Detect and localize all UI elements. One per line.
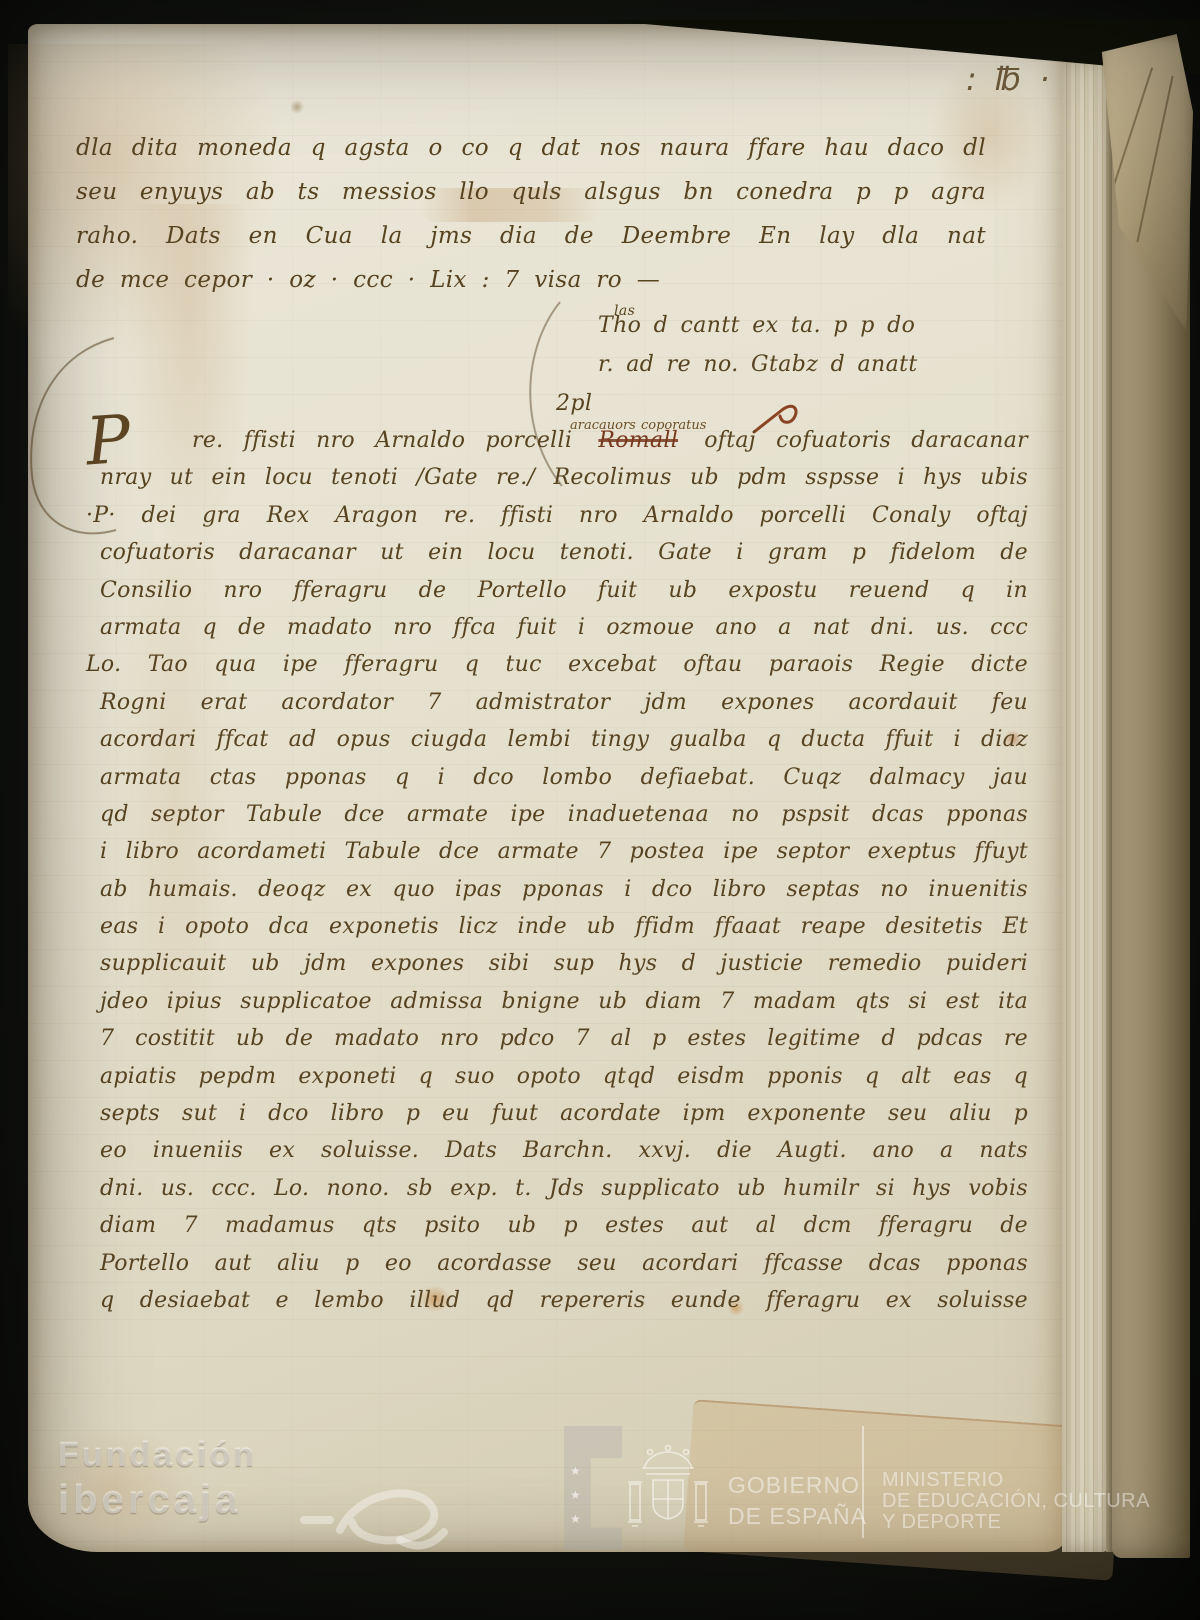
star-icon: ★ <box>570 1512 581 1526</box>
star-icon: ★ <box>570 1488 581 1502</box>
gobierno-watermark: ★ ★ ★ GOBIERNO DE ESPAÑA MINIST <box>556 1420 1196 1560</box>
manuscript-line: seu enyuys ab ts messios llo quls alsgus… <box>76 170 986 214</box>
manuscript-line: raho. Dats en Cua la jms dia de Deembre … <box>76 214 986 258</box>
manuscript-line: armata ctas pponas q i dco lombo defiaeb… <box>100 759 1028 796</box>
photograph-background: : ℔ · dla dita moneda q agsta o co q dat… <box>0 0 1200 1620</box>
manuscript-line: acordari ffcat ad opus ciugda lembi ting… <box>100 721 1028 758</box>
manuscript-line: Consilio nro fferagru de Portello fuit u… <box>100 572 1028 609</box>
manuscript-line: ·P· dei gra Rex Aragon re. ffisti nro Ar… <box>86 497 1028 534</box>
gobierno-line: GOBIERNO <box>728 1470 867 1501</box>
manuscript-line: armata q de madato nro ffca fuit i ozmou… <box>100 609 1028 646</box>
line-text: re. ffisti nro Arnaldo porcelli <box>192 428 572 453</box>
manuscript-page: : ℔ · dla dita moneda q agsta o co q dat… <box>28 24 1066 1552</box>
manuscript-line: Rogni erat acordator 7 admistrator jdm e… <box>100 684 1028 721</box>
superscript-abbreviation: las <box>614 292 635 331</box>
watermark-divider <box>862 1426 864 1538</box>
gobierno-line: DE ESPAÑA <box>728 1501 867 1532</box>
manuscript-line: re. ffisti nro Arnaldo porcelli Romall o… <box>100 422 1028 459</box>
manuscript-line: dni. us. ccc. Lo. nono. sb exp. t. Jds s… <box>100 1170 1028 1207</box>
manuscript-line: i libro acordameti Tabule dce armate 7 p… <box>100 833 1028 870</box>
interlinear-insertion: aracauors coporatus <box>570 407 706 444</box>
manuscript-line: jdeo ipius supplicatoe admissa bnigne ub… <box>100 983 1028 1020</box>
manuscript-line: supplicauit ub jdm expones sibi sup hys … <box>100 945 1028 982</box>
manuscript-line: r. ad re no. Gtabz d anatt <box>556 345 996 384</box>
folio-number: : ℔ · <box>966 60 1053 98</box>
manuscript-line: dla dita moneda q agsta o co q dat nos n… <box>76 126 986 170</box>
manuscript-line: apiatis pepdm exponeti q suo opoto qtqd … <box>100 1058 1028 1095</box>
manuscript-line: diam 7 madamus qts psito ub p estes aut … <box>100 1207 1028 1244</box>
manuscript-line: Portello aut aliu p eo acordasse seu aco… <box>100 1245 1028 1282</box>
manuscript-line: eas i opoto dca exponetis licz inde ub f… <box>100 908 1028 945</box>
ministerio-wordmark: MINISTERIO DE EDUCACIÓN, CULTURA Y DEPOR… <box>882 1470 1150 1533</box>
manuscript-line: de mce cepor · oz · ccc · Lix : 7 visa r… <box>76 258 986 302</box>
address-block: dla dita moneda q agsta o co q dat nos n… <box>76 126 986 302</box>
note-text: Tho d cantt ex ta. p p do <box>598 313 915 338</box>
line-text: oftaj cofuatoris daracanar <box>704 428 1028 453</box>
ibercaja-swoosh-icon <box>300 1474 450 1560</box>
ministerio-line: MINISTERIO <box>882 1470 1150 1491</box>
ministerio-line: DE EDUCACIÓN, CULTURA <box>882 1491 1150 1512</box>
star-icon: ★ <box>570 1464 581 1478</box>
manuscript-line: cofuatoris daracanar ut ein locu tenoti.… <box>100 534 1028 571</box>
manuscript-line: Lo. Tao qua ipe fferagru q tuc excebat o… <box>86 646 1028 683</box>
stain <box>290 100 304 114</box>
manuscript-line: nray ut ein locu tenoti /Gate re./ Recol… <box>100 459 1028 496</box>
book-cover-edge <box>1112 148 1190 1558</box>
main-text-block: P re. ffisti nro Arnaldo porcelli Romall… <box>100 422 1028 1319</box>
manuscript-line: las Tho d cantt ex ta. p p do <box>556 306 996 345</box>
manuscript-line: 7 costitit ub de madato nro pdco 7 al p … <box>100 1020 1028 1057</box>
manuscript-line: q desiaebat e lembo illud qd repereris e… <box>100 1282 1028 1319</box>
book-page-edges <box>1062 58 1108 1552</box>
manuscript-line: ab humais. deoqz ex quo ipas pponas i dc… <box>100 871 1028 908</box>
gobierno-wordmark: GOBIERNO DE ESPAÑA <box>728 1470 867 1532</box>
ministerio-line: Y DEPORTE <box>882 1512 1150 1533</box>
manuscript-line: qd septor Tabule dce armate ipe inaduete… <box>100 796 1028 833</box>
manuscript-line: eo inueniis ex soluisse. Dats Barchn. xx… <box>100 1132 1028 1169</box>
spain-coat-of-arms-icon <box>620 1442 716 1554</box>
ibercaja-watermark: Fundación ibercaja <box>58 1432 418 1562</box>
manuscript-line: septs sut i dco libro p eu fuut acordate… <box>100 1095 1028 1132</box>
ibercaja-fundacion-label: Fundación <box>58 1432 418 1478</box>
chancery-note-block: las Tho d cantt ex ta. p p do r. ad re n… <box>556 306 996 423</box>
